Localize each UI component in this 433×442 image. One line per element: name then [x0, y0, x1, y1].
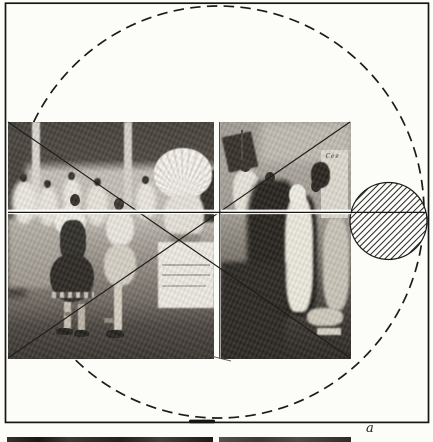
construction-overlay — [0, 0, 433, 442]
scratch-mark — [150, 341, 231, 361]
ink-smudge — [189, 420, 215, 424]
figure-label: a — [366, 421, 374, 436]
figure-canvas: Сег a — [0, 0, 433, 442]
next-figure-strip-left — [7, 437, 213, 442]
next-figure-strip-right — [219, 437, 351, 442]
hatched-circle — [350, 183, 427, 260]
